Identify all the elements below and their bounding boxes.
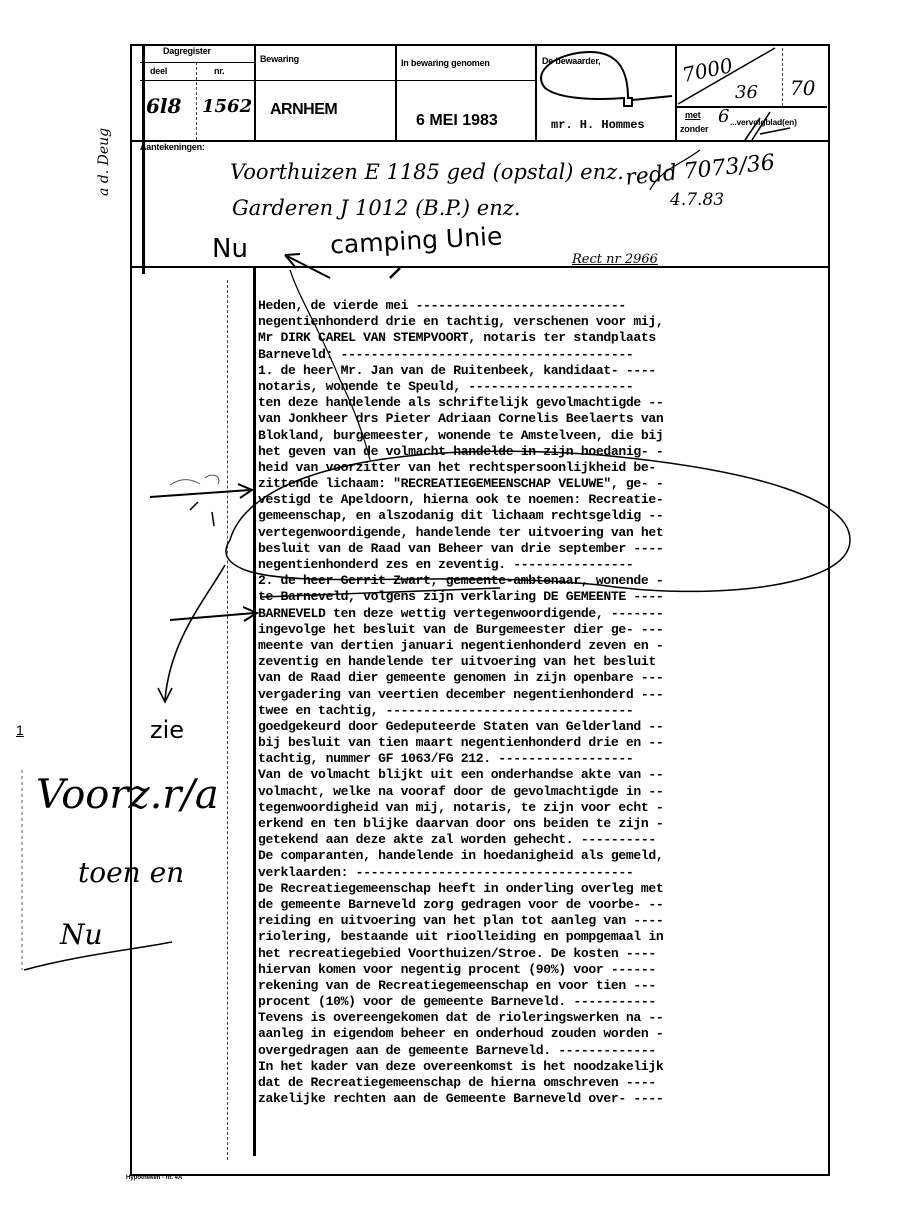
handwritten-marks [0,0,900,1209]
bewaarder-loop-mark [541,52,632,106]
